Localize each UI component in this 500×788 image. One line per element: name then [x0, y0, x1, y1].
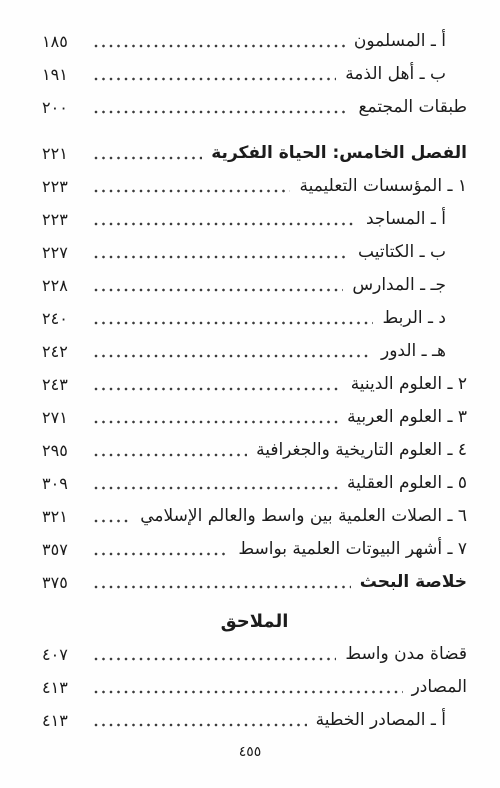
toc-entry-label: ٥ ـ العلوم العقلية: [347, 473, 467, 494]
toc-entry-label: أ ـ المصادر الخطية: [316, 710, 446, 731]
dot-leader: [94, 387, 342, 391]
dot-leader: [94, 222, 357, 226]
toc-entry-row: أ ـ المصادر الخطية ٤١٣: [42, 710, 467, 731]
dot-leader: [94, 189, 290, 193]
toc-entry-row: أ ـ المساجد ٢٢٣: [42, 209, 467, 230]
toc-entry-label: المصادر: [412, 677, 467, 698]
dot-leader: [94, 321, 373, 325]
toc-entry-label: ٢ ـ العلوم الدينية: [351, 374, 467, 395]
dot-leader: [94, 110, 349, 114]
toc-entry-row: قضاة مدن واسط ٤٠٧: [42, 644, 467, 665]
toc-entry-row: ٢ ـ العلوم الدينية ٢٤٣: [42, 374, 467, 395]
toc-entry-page-number: ٢٢٧: [42, 242, 84, 263]
toc-entry-label: ٧ ـ أشهر البيوتات العلمية بواسط: [238, 539, 467, 560]
toc-entry-page-number: ٤٠٧: [42, 644, 84, 665]
toc-entry-page-number: ٣٠٩: [42, 473, 84, 494]
toc-entry-label: قضاة مدن واسط: [345, 644, 467, 665]
dot-leader: [94, 453, 247, 457]
dot-leader: [94, 519, 131, 523]
toc-entry-page-number: ٢٧١: [42, 407, 84, 428]
toc-entry-page-number: ٢٢٣: [42, 209, 84, 230]
scanned-toc-page: أ ـ المسلمون ١٨٥ ب ـ أهل الذمة ١٩١ طبقات…: [0, 0, 500, 788]
toc-entry-row: ١ ـ المؤسسات التعليمية ٢٢٣: [42, 176, 467, 197]
dot-leader: [94, 723, 307, 727]
toc-entry-page-number: ٢٤٣: [42, 374, 84, 395]
toc-entry-label: أ ـ المساجد: [366, 209, 446, 230]
toc-entry-label: ب ـ أهل الذمة: [345, 64, 446, 85]
dot-leader: [94, 44, 345, 48]
toc-entry-label: ٤ ـ العلوم التاريخية والجغرافية: [256, 440, 467, 461]
dot-leader: [94, 156, 202, 160]
toc-entry-label: أ ـ المسلمون: [354, 31, 446, 52]
toc-entry-row: ٣ ـ العلوم العربية ٢٧١: [42, 407, 467, 428]
toc-entry-row: المصادر ٤١٣: [42, 677, 467, 698]
toc-entry-row: ب ـ الكتاتيب ٢٢٧: [42, 242, 467, 263]
toc-entry-page-number: ٤١٣: [42, 710, 84, 731]
toc-entry-label: هـ ـ الدور: [381, 341, 446, 362]
page-number-footer: ٤٥٥: [0, 744, 500, 760]
dot-leader: [94, 354, 372, 358]
toc-entry-row: هـ ـ الدور ٢٤٢: [42, 341, 467, 362]
toc-entry-page-number: ٢٤٢: [42, 341, 84, 362]
toc-entry-page-number: ٣٧٥: [42, 572, 84, 593]
toc-entry-row: جـ ـ المدارس ٢٢٨: [42, 275, 467, 296]
toc-entry-page-number: ٢٢١: [42, 143, 84, 164]
toc-entry-row: ٦ ـ الصلات العلمية بين واسط والعالم الإس…: [42, 506, 467, 527]
toc-entry-row: خلاصة البحث ٣٧٥: [42, 572, 467, 593]
toc-entry-row: أ ـ المسلمون ١٨٥: [42, 31, 467, 52]
dot-leader: [94, 420, 338, 424]
toc-entry-label: ١ ـ المؤسسات التعليمية: [299, 176, 467, 197]
toc-entry-label: ٣ ـ العلوم العربية: [347, 407, 467, 428]
dot-leader: [94, 657, 336, 661]
toc-entry-row: د ـ الربط ٢٤٠: [42, 308, 467, 329]
toc-chapter-row: الفصل الخامس: الحياة الفكرية ٢٢١: [42, 143, 467, 164]
toc-entry-label: جـ ـ المدارس: [352, 275, 446, 296]
toc-entry-label: د ـ الربط: [382, 308, 446, 329]
toc-entry-row: ٧ ـ أشهر البيوتات العلمية بواسط ٣٥٧: [42, 539, 467, 560]
dot-leader: [94, 255, 349, 259]
toc-entry-label: طبقات المجتمع: [358, 97, 467, 118]
table-of-contents: أ ـ المسلمون ١٨٥ ب ـ أهل الذمة ١٩١ طبقات…: [0, 0, 500, 731]
toc-entry-label: خلاصة البحث: [360, 572, 467, 593]
appendix-section-heading: الملاحق: [42, 611, 467, 633]
toc-entry-page-number: ١٩١: [42, 64, 84, 85]
toc-entry-page-number: ٣٢١: [42, 506, 84, 527]
toc-entry-page-number: ٢٩٥: [42, 440, 84, 461]
dot-leader: [94, 288, 343, 292]
toc-entry-row: طبقات المجتمع ٢٠٠: [42, 97, 467, 118]
toc-entry-page-number: ٢٢٣: [42, 176, 84, 197]
toc-entry-page-number: ٢٠٠: [42, 97, 84, 118]
toc-entry-page-number: ١٨٥: [42, 31, 84, 52]
chapter-title: الفصل الخامس: الحياة الفكرية: [211, 143, 467, 164]
toc-entry-page-number: ٢٤٠: [42, 308, 84, 329]
toc-entry-row: ب ـ أهل الذمة ١٩١: [42, 64, 467, 85]
dot-leader: [94, 585, 351, 589]
toc-entry-row: ٤ ـ العلوم التاريخية والجغرافية ٢٩٥: [42, 440, 467, 461]
dot-leader: [94, 486, 338, 490]
toc-entry-page-number: ٤١٣: [42, 677, 84, 698]
toc-entry-label: ٦ ـ الصلات العلمية بين واسط والعالم الإس…: [140, 506, 467, 527]
dot-leader: [94, 690, 403, 694]
toc-entry-page-number: ٣٥٧: [42, 539, 84, 560]
dot-leader: [94, 552, 229, 556]
toc-entry-row: ٥ ـ العلوم العقلية ٣٠٩: [42, 473, 467, 494]
dot-leader: [94, 77, 336, 81]
toc-entry-page-number: ٢٢٨: [42, 275, 84, 296]
toc-entry-label: ب ـ الكتاتيب: [358, 242, 446, 263]
